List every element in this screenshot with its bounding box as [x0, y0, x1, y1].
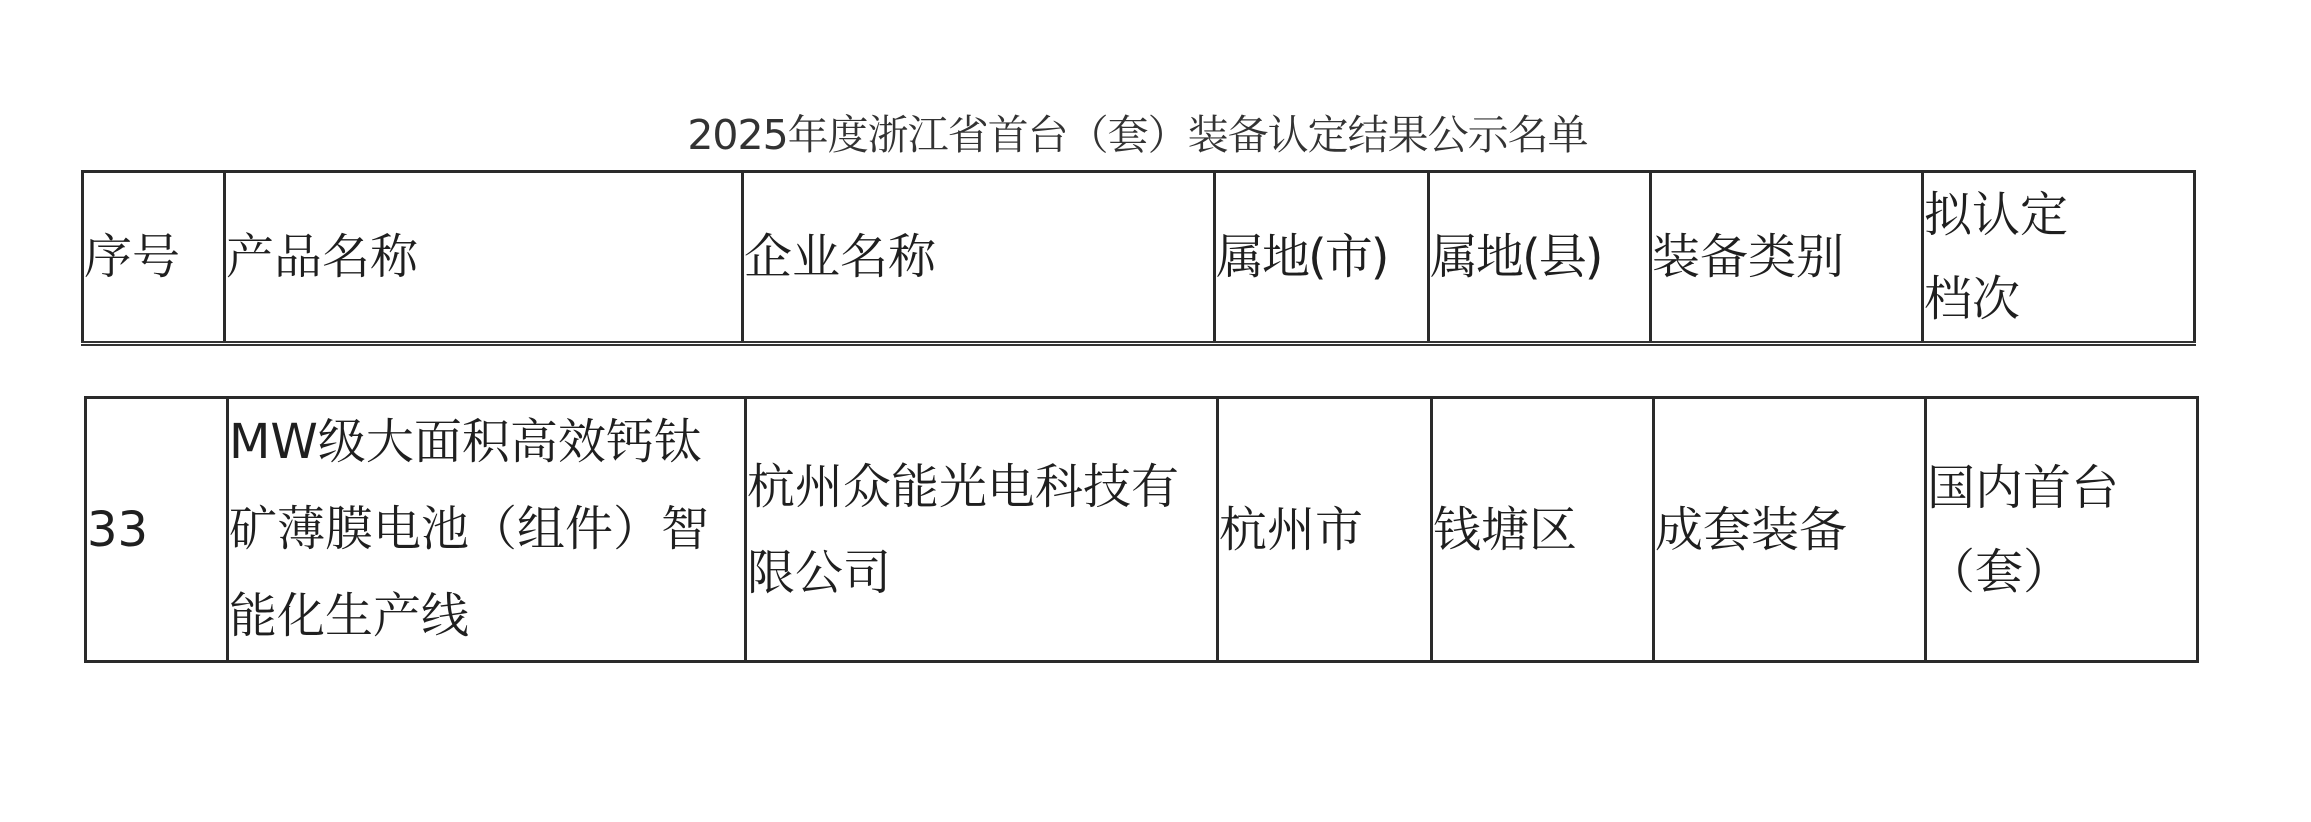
header-level: 拟认定档次 [1923, 172, 2195, 344]
cell-company-name: 杭州众能光电科技有限公司 [746, 398, 1218, 662]
cell-category: 成套装备 [1654, 398, 1926, 662]
header-city: 属地(市) [1215, 172, 1429, 344]
header-county: 属地(县) [1429, 172, 1651, 344]
header-company-name: 企业名称 [743, 172, 1215, 344]
document-title: 2025年度浙江省首台（套）装备认定结果公示名单 [600, 108, 1675, 162]
cell-county: 钱塘区 [1432, 398, 1654, 662]
table-row: 33 MW级大面积高效钙钛矿薄膜电池（组件）智能化生产线 杭州众能光电科技有限公… [86, 398, 2198, 662]
table-header: 序号 产品名称 企业名称 属地(市) 属地(县) 装备类别 拟认定档次 [81, 170, 2196, 346]
header-seq: 序号 [83, 172, 225, 344]
header-category: 装备类别 [1651, 172, 1923, 344]
cell-product-name: MW级大面积高效钙钛矿薄膜电池（组件）智能化生产线 [228, 398, 746, 662]
cell-level: 国内首台（套） [1926, 398, 2198, 662]
cell-city: 杭州市 [1218, 398, 1432, 662]
cell-seq: 33 [86, 398, 228, 662]
header-product-name: 产品名称 [225, 172, 743, 344]
header-row: 序号 产品名称 企业名称 属地(市) 属地(县) 装备类别 拟认定档次 [83, 172, 2195, 344]
table-body: 33 MW级大面积高效钙钛矿薄膜电池（组件）智能化生产线 杭州众能光电科技有限公… [84, 396, 2199, 663]
